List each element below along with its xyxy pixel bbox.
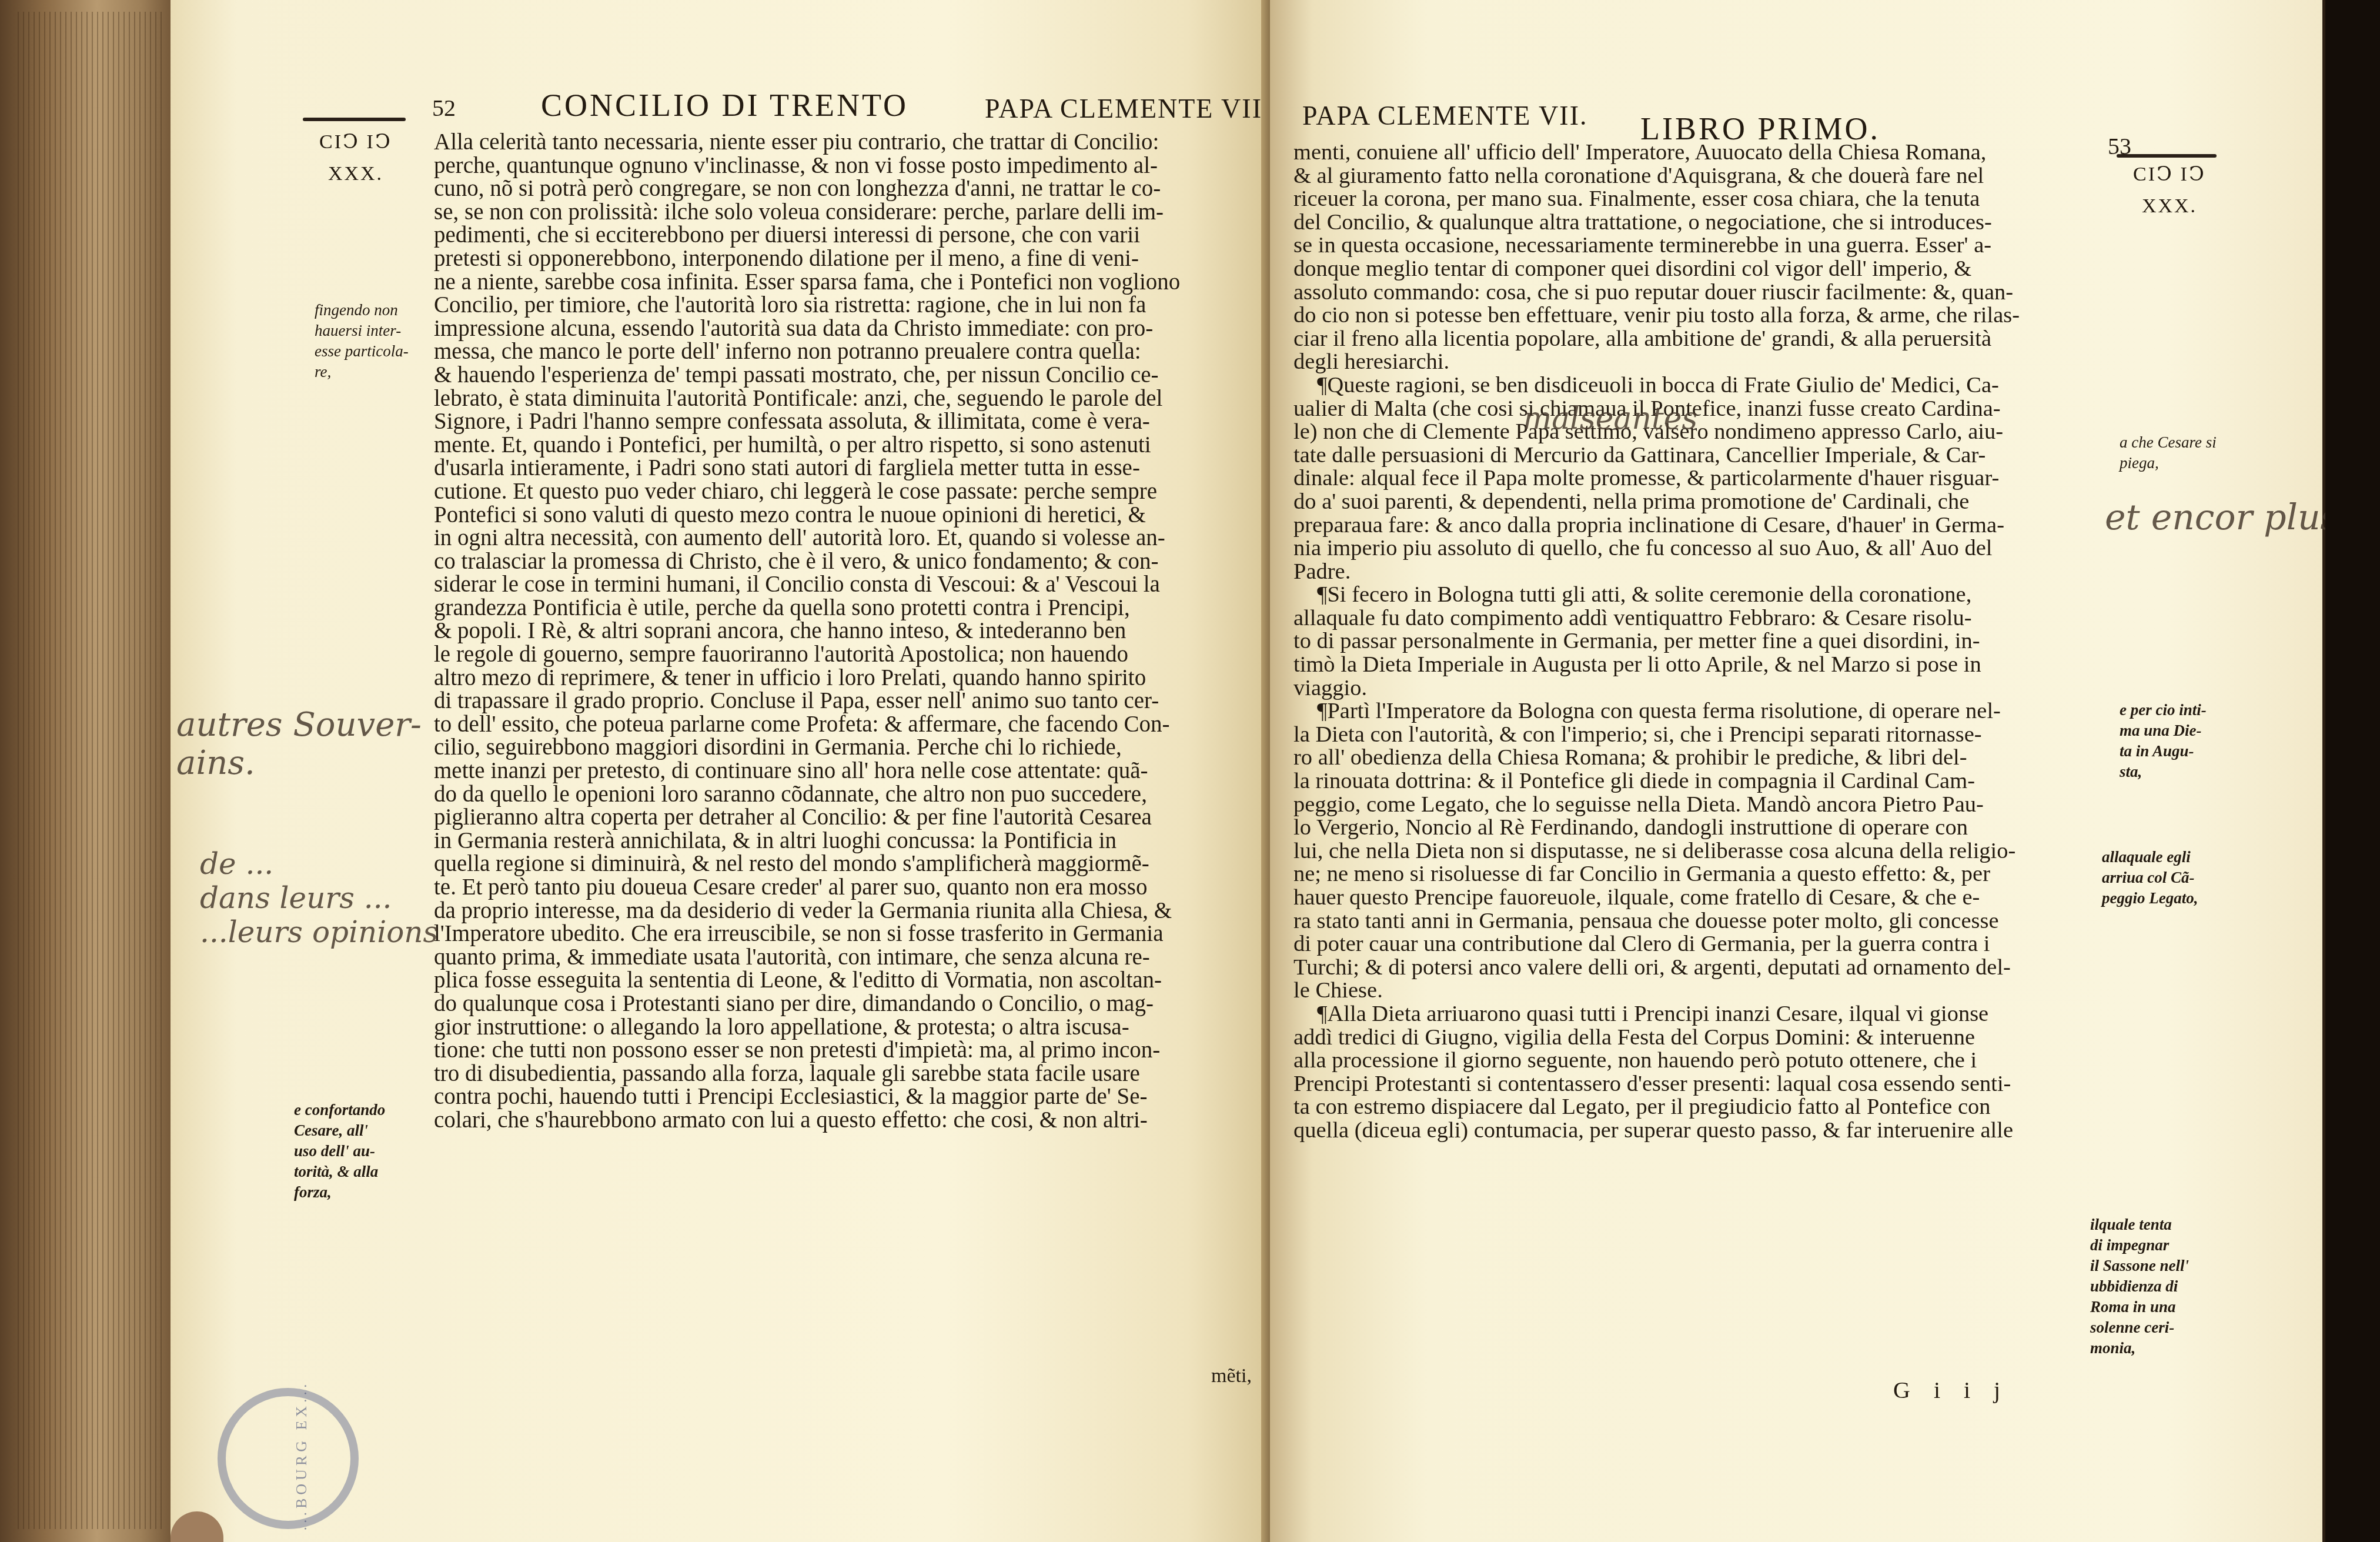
text-line: la Dieta con l'autorità, & con l'imperio… bbox=[1293, 723, 2020, 747]
gloss-line: allaquale egli bbox=[2102, 847, 2198, 867]
marginal-gloss: ilquale tenta di impegnar il Sassone nel… bbox=[2090, 1214, 2189, 1359]
text-line: lo Vergerio, Noncio al Rè Ferdinando, da… bbox=[1293, 816, 2020, 840]
page-edges bbox=[18, 12, 165, 1529]
text-line: assoluto commando: cosa, che si puo repu… bbox=[1293, 281, 2020, 305]
text-line: do cio non si potesse ben effettuare, ve… bbox=[1293, 304, 2020, 328]
text-line: ¶Alla Dieta arriuarono quasi tutti i Pre… bbox=[1293, 1003, 2020, 1026]
text-line: la rinouata dottrina: & il Pontefice gli… bbox=[1293, 770, 2020, 793]
text-line: ro all' obedienza della Chiesa Romana; &… bbox=[1293, 746, 2020, 770]
text-line: contra pochi, hauendo tutti i Prencipi E… bbox=[434, 1085, 1180, 1109]
text-line: colari, che s'haurebbono armato con lui … bbox=[434, 1109, 1180, 1132]
text-line: do qualunque cosa i Protestanti siano pe… bbox=[434, 992, 1180, 1016]
text-line: alla processione il giorno seguente, non… bbox=[1293, 1049, 2020, 1073]
text-line: to di passar personalmente in Germania, … bbox=[1293, 630, 2020, 653]
gloss-line: il Sassone nell' bbox=[2090, 1256, 2189, 1276]
text-line: to dell' essito, che poteua parlarne com… bbox=[434, 713, 1180, 736]
text-line: Prencipi Protestanti si contentassero d'… bbox=[1293, 1073, 2020, 1096]
text-line: & al giuramento fatto nella coronatione … bbox=[1293, 165, 2020, 188]
running-head-title: CONCILIO DI TRENTO bbox=[541, 87, 908, 124]
left-body-text: Alla celerità tanto necessaria, niente e… bbox=[434, 131, 1180, 1132]
text-line: quella (diceua egli) contumacia, per sup… bbox=[1293, 1119, 2020, 1143]
text-line: quanto prima, & immediate usata l'autori… bbox=[434, 946, 1180, 969]
text-line: ¶Partì l'Imperatore da Bologna con quest… bbox=[1293, 700, 2020, 723]
book-fore-edge bbox=[0, 0, 176, 1542]
gloss-line: uso dell' au- bbox=[294, 1141, 385, 1161]
signature-mark: Giij bbox=[1893, 1376, 2024, 1404]
text-line: messa, che manco le porte dell' inferno … bbox=[434, 340, 1180, 363]
text-line: menti, conuiene all' ufficio dell' Imper… bbox=[1293, 141, 2020, 165]
year-top: CIↃ IↃ bbox=[2120, 159, 2219, 191]
text-line: hauer questo Prencipe fauoreuole, ilqual… bbox=[1293, 886, 2020, 910]
text-line: le regole di gouerno, sempre fauoriranno… bbox=[434, 643, 1180, 666]
text-line: lebrato, è stata diminuita l'autorità Po… bbox=[434, 387, 1180, 410]
text-line: da proprio interesse, ma da desiderio di… bbox=[434, 899, 1180, 923]
gloss-line: arriua col Cã- bbox=[2102, 867, 2198, 888]
text-line: Alla celerità tanto necessaria, niente e… bbox=[434, 131, 1180, 154]
marginal-gloss: allaquale egli arriua col Cã- peggio Leg… bbox=[2102, 847, 2198, 909]
text-line: ta con estremo dispiacere dal Legato, pe… bbox=[1293, 1096, 2020, 1119]
text-line: pretesti si opponerebbono, interponendo … bbox=[434, 247, 1180, 271]
year-bottom: XXX. bbox=[306, 158, 406, 190]
gloss-line: fingendo non bbox=[315, 300, 409, 321]
text-line: le Chiese. bbox=[1293, 979, 2020, 1003]
text-line: lui, che nella Dieta non si disputasse, … bbox=[1293, 840, 2020, 863]
text-line: in ogni altra necessità, con aumento del… bbox=[434, 526, 1180, 550]
text-line: ne; ne meno si risoluesse di far Concili… bbox=[1293, 863, 2020, 886]
text-line: cutione. Et questo puo veder chiaro, chi… bbox=[434, 480, 1180, 503]
text-line: cuno, nõ si potrà però congregare, se no… bbox=[434, 177, 1180, 201]
text-line: & hauendo l'esperienza de' tempi passati… bbox=[434, 363, 1180, 387]
year-bottom: XXX. bbox=[2120, 191, 2219, 222]
right-body-text: menti, conuiene all' ufficio dell' Imper… bbox=[1293, 141, 2020, 1143]
text-line: in Germania resterà annichilata, & in al… bbox=[434, 829, 1180, 853]
text-line: peggio, come Legato, che lo seguisse nel… bbox=[1293, 793, 2020, 817]
text-line: siderar le cose in termini humani, il Co… bbox=[434, 573, 1180, 596]
year-top: CIↃ IↃ bbox=[306, 126, 406, 158]
signature-letter: G bbox=[1893, 1377, 1934, 1403]
year-marker: CIↃ IↃ XXX. bbox=[306, 126, 406, 191]
library-stamp bbox=[218, 1388, 359, 1529]
gloss-line: monia, bbox=[2090, 1338, 2189, 1359]
note-line: ...leurs opinions bbox=[200, 915, 438, 949]
year-rule bbox=[2117, 154, 2217, 158]
text-line: tione: che tutti non possono esser se no… bbox=[434, 1039, 1180, 1062]
gloss-line: a che Cesare si bbox=[2120, 432, 2217, 453]
year-rule bbox=[303, 118, 406, 121]
text-line: riceuer la corona, per mano sua. Finalme… bbox=[1293, 188, 2020, 211]
text-line: grandezza Pontificia è utile, perche da … bbox=[434, 596, 1180, 620]
text-line: mente. Et, quando i Pontefici, per humil… bbox=[434, 433, 1180, 457]
text-line: se in questa occasione, necessariamente … bbox=[1293, 234, 2020, 258]
gloss-line: esse particola- bbox=[315, 341, 409, 362]
gloss-line: ta in Augu- bbox=[2120, 741, 2207, 762]
page-number: 52 bbox=[432, 94, 456, 122]
text-line: te. Et però tanto piu doueua Cesare cred… bbox=[434, 876, 1180, 899]
gloss-line: torità, & alla bbox=[294, 1161, 385, 1182]
gloss-line: ilquale tenta bbox=[2090, 1214, 2189, 1235]
gloss-line: sta, bbox=[2120, 762, 2207, 782]
catchword: mẽti, bbox=[1211, 1364, 1252, 1388]
gloss-line: hauersi inter- bbox=[315, 321, 409, 341]
gloss-line: re, bbox=[315, 362, 409, 382]
text-line: Pontefici si sono valuti di questo mezo … bbox=[434, 503, 1180, 527]
marginal-gloss: e confortando Cesare, all' uso dell' au-… bbox=[294, 1100, 385, 1203]
text-line: piglieranno altra coperta per detraher a… bbox=[434, 806, 1180, 829]
text-line: ¶Si fecero in Bologna tutti gli atti, & … bbox=[1293, 583, 2020, 607]
gloss-line: piega, bbox=[2120, 453, 2217, 473]
gloss-line: e per cio inti- bbox=[2120, 700, 2207, 720]
stamp-text: ...BOURG EX... bbox=[293, 1380, 310, 1530]
text-line: Signore, i Padri l'hanno sempre confessa… bbox=[434, 410, 1180, 433]
gloss-line: ma una Die- bbox=[2120, 720, 2207, 741]
gloss-line: Roma in una bbox=[2090, 1297, 2189, 1317]
text-line: plica fosse esseguita la sententia di Le… bbox=[434, 969, 1180, 992]
text-line: cilio, seguirebbono maggiori disordini i… bbox=[434, 736, 1180, 759]
text-line: ¶Queste ragioni, se ben disdiceuoli in b… bbox=[1293, 374, 2020, 398]
text-line: degli heresiarchi. bbox=[1293, 351, 2020, 374]
marginal-gloss: a che Cesare si piega, bbox=[2120, 432, 2217, 473]
text-line: quella regione si diminuirà, & nel resto… bbox=[434, 852, 1180, 876]
text-line: co tralasciar la promessa di Christo, ch… bbox=[434, 550, 1180, 573]
gloss-line: e confortando bbox=[294, 1100, 385, 1120]
gloss-line: peggio Legato, bbox=[2102, 888, 2198, 909]
handwritten-note: et encor plus bbox=[2105, 497, 2338, 538]
text-line: viaggio. bbox=[1293, 677, 2020, 700]
dark-background-edge bbox=[2325, 0, 2380, 1542]
marginal-gloss: fingendo non hauersi inter- esse partico… bbox=[315, 300, 409, 382]
signature-number: iij bbox=[1934, 1377, 2024, 1403]
gloss-line: forza, bbox=[294, 1182, 385, 1203]
gloss-line: solenne ceri- bbox=[2090, 1317, 2189, 1338]
text-line: timò la Dieta Imperiale in Augusta per l… bbox=[1293, 653, 2020, 677]
note-line: de ... bbox=[200, 847, 438, 881]
text-line: d'usarla intieramente, i Padri sono stat… bbox=[434, 456, 1180, 480]
gloss-line: ubbidienza di bbox=[2090, 1276, 2189, 1297]
text-line: do da quello le openioni loro saranno cõ… bbox=[434, 783, 1180, 806]
text-line: nia imperio piu assoluto di quello, che … bbox=[1293, 537, 2020, 560]
text-line: ciar il freno alla licentia popolare, al… bbox=[1293, 328, 2020, 351]
note-line: ains. bbox=[176, 744, 422, 782]
text-line: gior instruttione: o allegando la loro a… bbox=[434, 1016, 1180, 1039]
text-line: di poter cauar una contributione dal Cle… bbox=[1293, 933, 2020, 956]
text-line: dinale: alqual fece il Papa molte promes… bbox=[1293, 467, 2020, 490]
running-head-pope: PAPA CLEMENTE VII. bbox=[1302, 100, 1587, 131]
note-line: dans leurs ... bbox=[200, 881, 438, 915]
handwritten-note: autres Souver- ains. bbox=[176, 706, 422, 782]
text-line: pedimenti, che si ecciterebbono per diue… bbox=[434, 223, 1180, 247]
text-line: & popoli. I Rè, & altri soprani ancora, … bbox=[434, 619, 1180, 643]
text-line: impressione alcuna, essendo l'autorità s… bbox=[434, 317, 1180, 341]
text-line: di trapassare il grado proprio. Concluse… bbox=[434, 689, 1180, 713]
text-line: preparaua fare: & anco dalla propria inc… bbox=[1293, 514, 2020, 538]
text-line: mette inanzi per pretesto, di continuare… bbox=[434, 759, 1180, 783]
handwritten-note: malseantes bbox=[1523, 401, 1697, 436]
text-line: del Concilio, & qualunque altra trattati… bbox=[1293, 211, 2020, 235]
year-marker: CIↃ IↃ XXX. bbox=[2120, 159, 2219, 223]
text-line: addì tredici di Giugno, vigilia della Fe… bbox=[1293, 1026, 2020, 1050]
text-line: ne a niente, sarebbe cosa infinita. Esse… bbox=[434, 271, 1180, 294]
text-line: do a' suoi parenti, & dependenti, nella … bbox=[1293, 490, 2020, 514]
text-line: tate dalle persuasioni di Mercurio da Ga… bbox=[1293, 444, 2020, 468]
marginal-gloss: e per cio inti- ma una Die- ta in Augu- … bbox=[2120, 700, 2207, 782]
text-line: perche, quantunque ognuno v'inclinasse, … bbox=[434, 154, 1180, 178]
note-line: autres Souver- bbox=[176, 706, 422, 744]
text-line: se, se non con prolissità: ilche solo vo… bbox=[434, 201, 1180, 224]
text-line: l'Imperatore ubedito. Che era irreuscibi… bbox=[434, 922, 1180, 946]
gloss-line: di impegnar bbox=[2090, 1235, 2189, 1256]
text-line: Padre. bbox=[1293, 560, 2020, 584]
text-line: allaquale fu dato compimento addì ventiq… bbox=[1293, 607, 2020, 630]
handwritten-note: de ... dans leurs ... ...leurs opinions bbox=[200, 847, 438, 949]
text-line: Concilio, per timiore, che l'autorità lo… bbox=[434, 293, 1180, 317]
text-line: Turchi; & di potersi anco valere delli o… bbox=[1293, 956, 2020, 980]
text-line: altro mezo di reprimere, & tener in uffi… bbox=[434, 666, 1180, 690]
gloss-line: Cesare, all' bbox=[294, 1120, 385, 1141]
text-line: donque meglio tentar di componer quei di… bbox=[1293, 258, 2020, 281]
running-head-pope: PAPA CLEMENTE VII. bbox=[985, 93, 1270, 124]
text-line: tro di disubedientia, passando alla forz… bbox=[434, 1062, 1180, 1086]
text-line: ra stato tanti anni in Germania, pensaua… bbox=[1293, 910, 2020, 933]
